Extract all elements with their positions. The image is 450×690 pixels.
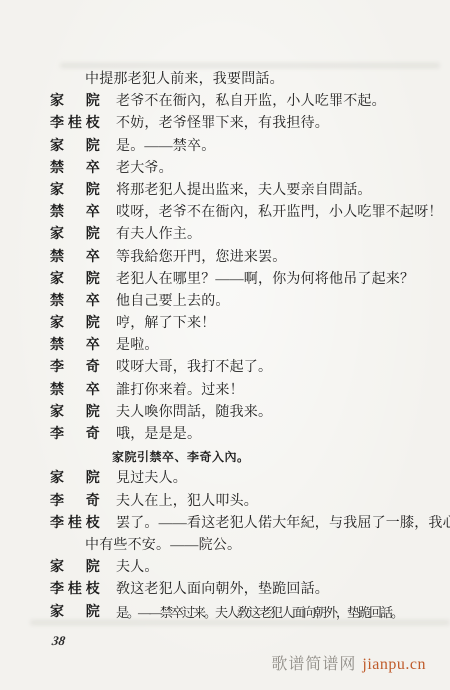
script-line: 家院老犯人在哪里？——啊，你为何将他吊了起来？ xyxy=(50,269,446,291)
speaker-name: 家院 xyxy=(50,402,100,424)
script-line: 禁卒等我給您开門，您进来罢。 xyxy=(50,247,446,269)
scan-artifact xyxy=(60,63,440,68)
script-line: 中有些不安。——院公。 xyxy=(50,535,446,557)
dialogue-text: 是。——禁卒过来。夫人敎这老犯人面向朝外，垫跪回話。 xyxy=(116,605,402,620)
script-line: 家院哼，解了下来！ xyxy=(50,313,446,335)
page-number: 38 xyxy=(51,633,66,649)
dialogue-text: 老爷不在衙內，私自开监，小人吃罪不起。 xyxy=(116,94,386,109)
dialogue-text: 老大爷。 xyxy=(116,161,173,176)
dialogue-text: 哎呀大哥，我打不起了。 xyxy=(116,360,272,375)
speaker-name: 家院 xyxy=(50,313,100,335)
dialogue-text: 夫人喚你問話，随我来。 xyxy=(116,405,272,420)
dialogue-text: 夫人在上，犯人叩头。 xyxy=(116,494,258,509)
continuation-text: 中有些不安。——院公。 xyxy=(85,538,241,553)
speaker-name: 禁卒 xyxy=(50,158,100,180)
script-line: 家院将那老犯人提出监来，夫人要亲自問話。 xyxy=(50,180,446,202)
script-line: 禁卒哎呀，老爷不在衙內，私开监門，小人吃罪不起呀！ xyxy=(50,202,446,224)
script-line: 禁卒老大爷。 xyxy=(50,158,446,180)
dialogue-text: 罢了。——看这老犯人偌大年紀，与我屈了一膝，我心 xyxy=(116,516,450,531)
scanned-script-page: 中提那老犯人前来，我要問話。 家院老爷不在衙內，私自开监，小人吃罪不起。 李桂枝… xyxy=(0,0,450,690)
scan-artifact xyxy=(30,620,450,625)
speaker-name: 家院 xyxy=(50,269,100,291)
dialogue-text: 是。——禁卒。 xyxy=(116,139,215,154)
dialogue-text: 哼，解了下来！ xyxy=(116,316,215,331)
speaker-name: 禁卒 xyxy=(50,291,100,313)
speaker-name: 家院 xyxy=(50,468,100,490)
script-line: 家院是。——禁卒。 xyxy=(50,136,446,158)
watermark-site-name: 歌谱简谱网 xyxy=(271,656,356,673)
script-line: 禁卒他自己要上去的。 xyxy=(50,291,446,313)
speaker-name: 李桂枝 xyxy=(50,579,100,601)
dialogue-text: 是啦。 xyxy=(116,338,159,353)
speaker-name: 禁卒 xyxy=(50,380,100,402)
script-line: 家院見过夫人。 xyxy=(50,468,446,490)
script-line: 中提那老犯人前来，我要問話。 xyxy=(50,69,446,91)
stage-direction: 家院引禁卒、李奇入內。 xyxy=(50,446,446,468)
script-line: 禁卒是啦。 xyxy=(50,335,446,357)
speaker-name: 李奇 xyxy=(50,491,100,513)
script-line: 李奇哦，是是是。 xyxy=(50,424,446,446)
script-line: 家院夫人喚你問話，随我来。 xyxy=(50,402,446,424)
dialogue-text: 誰打你来着。过来！ xyxy=(116,383,244,398)
script-line: 李奇夫人在上，犯人叩头。 xyxy=(50,491,446,513)
dialogue-text: 有夫人作主。 xyxy=(116,227,201,242)
dialogue-text: 敎这老犯人面向朝外，垫跪回話。 xyxy=(116,582,329,597)
dialogue-text: 他自己要上去的。 xyxy=(116,294,230,309)
script-text-block: 中提那老犯人前来，我要問話。 家院老爷不在衙內，私自开监，小人吃罪不起。 李桂枝… xyxy=(50,69,446,624)
stage-direction-text: 家院引禁卒、李奇入內。 xyxy=(112,450,250,464)
script-line: 李桂枝罢了。——看这老犯人偌大年紀，与我屈了一膝，我心 xyxy=(50,513,446,535)
script-line: 禁卒誰打你来着。过来！ xyxy=(50,380,446,402)
dialogue-text: 等我給您开門，您进来罢。 xyxy=(116,250,286,265)
speaker-name: 禁卒 xyxy=(50,247,100,269)
speaker-name: 家院 xyxy=(50,91,100,113)
watermark-site-url: jianpu.cn xyxy=(362,656,426,673)
dialogue-text: 老犯人在哪里？——啊，你为何将他吊了起来？ xyxy=(116,272,414,287)
dialogue-text: 将那老犯人提出监来，夫人要亲自問話。 xyxy=(116,183,372,198)
watermark: 歌谱简谱网jianpu.cn xyxy=(271,651,426,674)
dialogue-text: 不妨，老爷怪罪下来，有我担待。 xyxy=(116,116,329,131)
speaker-name: 禁卒 xyxy=(50,335,100,357)
script-line: 李桂枝敎这老犯人面向朝外，垫跪回話。 xyxy=(50,579,446,601)
speaker-name: 家院 xyxy=(50,136,100,158)
continuation-text: 中提那老犯人前来，我要問話。 xyxy=(85,72,284,87)
speaker-name: 家院 xyxy=(50,180,100,202)
script-line: 家院老爷不在衙內，私自开监，小人吃罪不起。 xyxy=(50,91,446,113)
speaker-name: 李奇 xyxy=(50,357,100,379)
script-line: 李桂枝不妨，老爷怪罪下来，有我担待。 xyxy=(50,113,446,135)
speaker-name: 李奇 xyxy=(50,424,100,446)
speaker-name: 李桂枝 xyxy=(50,513,100,535)
dialogue-text: 哦，是是是。 xyxy=(116,427,201,442)
script-line: 家院夫人。 xyxy=(50,557,446,579)
speaker-name: 禁卒 xyxy=(50,202,100,224)
speaker-name: 家院 xyxy=(50,557,100,579)
script-line: 李奇哎呀大哥，我打不起了。 xyxy=(50,357,446,379)
dialogue-text: 見过夫人。 xyxy=(116,471,187,486)
script-line: 家院有夫人作主。 xyxy=(50,224,446,246)
dialogue-text: 哎呀，老爷不在衙內，私开监門，小人吃罪不起呀！ xyxy=(116,205,443,220)
speaker-name: 家院 xyxy=(50,224,100,246)
speaker-name: 李桂枝 xyxy=(50,113,100,135)
dialogue-text: 夫人。 xyxy=(116,560,159,575)
